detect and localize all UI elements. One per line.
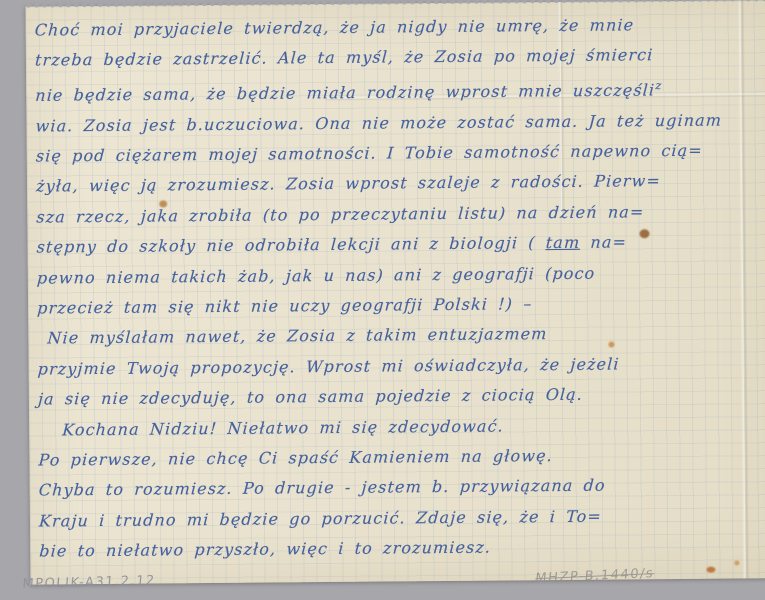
catalog-number-pencil: MPOLIK-A31.2.12 [22,573,156,591]
handwritten-line: bie to niełatwo przyszło, więc i to zroz… [38,530,765,567]
scanned-letter: Choć moi przyjaciele twierdzą, że ja nig… [0,0,765,600]
underlined-word: tam [545,233,581,252]
rust-stain [706,567,715,573]
inserted-letter: z [655,79,662,92]
handwritten-line: nie będzie sama, że będzie miała rodzinę… [34,70,765,111]
catalog-number-struck-pencil: MHZP-B.1440/s [535,566,655,586]
letter-paper: Choć moi przyjaciele twierdzą, że ja nig… [25,0,765,585]
perforation-edge [25,0,765,11]
rust-stain [734,560,739,565]
letter-body: Choć moi przyjaciele twierdzą, że ja nig… [34,9,765,567]
